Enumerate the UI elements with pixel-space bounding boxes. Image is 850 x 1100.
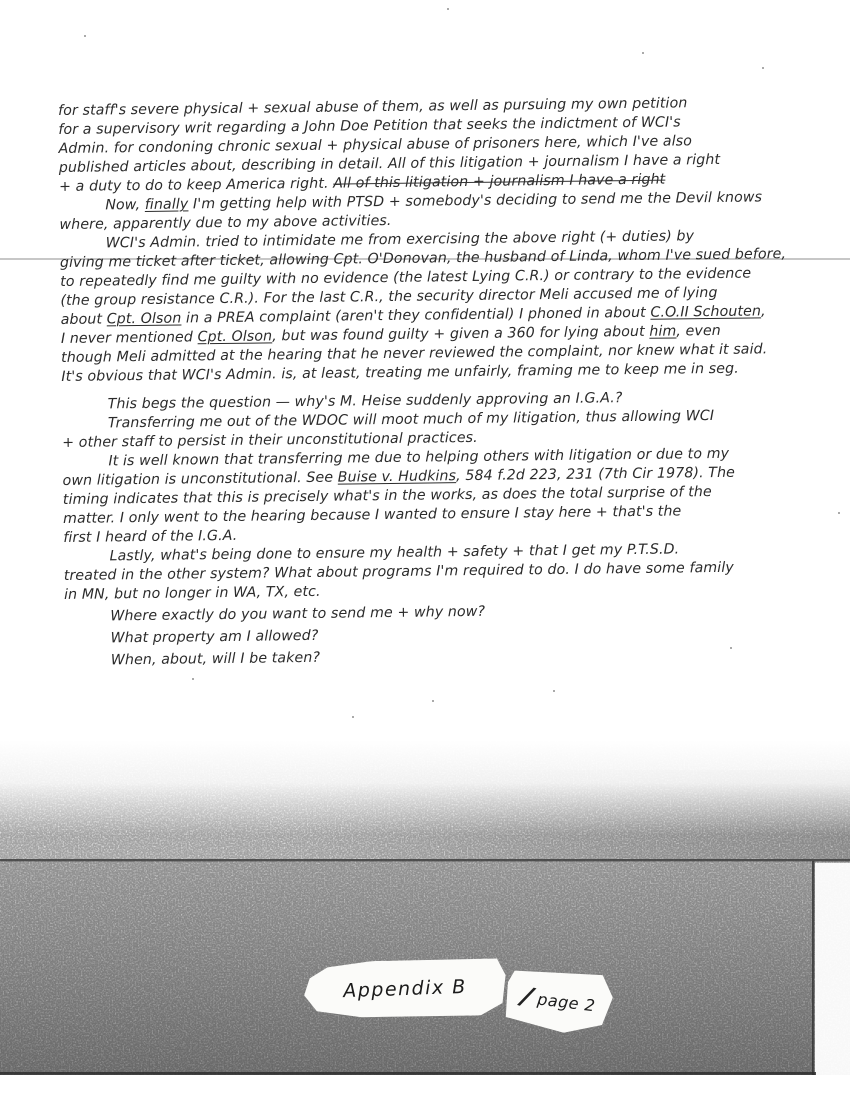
photocopy-artifact-band: Appendix B / page 2 <box>0 740 850 1080</box>
underlined-text: Cpt. Olson <box>107 311 182 328</box>
text-segment: own litigation is unconstitutional. See <box>63 470 338 489</box>
underlined-text: C.O.II Schouten <box>650 303 761 320</box>
text-segment: about <box>61 311 107 328</box>
text-segment: , 584 f.2d 223, 231 (7th Cir 1978). The <box>456 465 735 484</box>
appendix-label: Appendix B / page 2 <box>300 948 630 1052</box>
appendix-label-text: Appendix B <box>343 976 467 1002</box>
underlined-text: finally <box>145 196 189 213</box>
underlined-text: Cpt. Olson <box>197 328 272 345</box>
appendix-label-piece1: Appendix B <box>303 956 507 1021</box>
text-segment: What property am I allowed? <box>110 628 318 647</box>
slash-mark: / <box>519 983 536 1011</box>
underlined-text: Buise v. Hudkins <box>338 468 457 485</box>
appendix-label-piece2: / page 2 <box>503 964 616 1038</box>
text-segment: , <box>761 303 766 319</box>
text-segment: Where exactly do you want to send me + w… <box>110 604 485 625</box>
underlined-text: him <box>649 323 676 339</box>
text-segment: first I heard of the I.G.A. <box>63 528 237 546</box>
page-number-text: page 2 <box>536 989 596 1015</box>
text-segment: where, apparently due to my above activi… <box>59 213 391 233</box>
text-segment: + a duty to do to keep America right. <box>59 176 333 195</box>
text-segment: When, about, will I be taken? <box>111 650 320 669</box>
text-segment: in MN, but no longer in WA, TX, etc. <box>64 584 321 603</box>
text-segment: , but was found guilty + given a 360 for… <box>272 324 649 345</box>
text-segment: , even <box>676 323 721 340</box>
struck-through-text: All of this litigation + journalism I ha… <box>333 172 665 192</box>
text-segment: Now, <box>105 197 145 213</box>
scanned-document-page: for staff's severe physical + sexual abu… <box>0 0 850 1100</box>
handwritten-text: for staff's severe physical + sexual abu… <box>58 92 847 671</box>
text-segment: I never mentioned <box>61 329 198 347</box>
